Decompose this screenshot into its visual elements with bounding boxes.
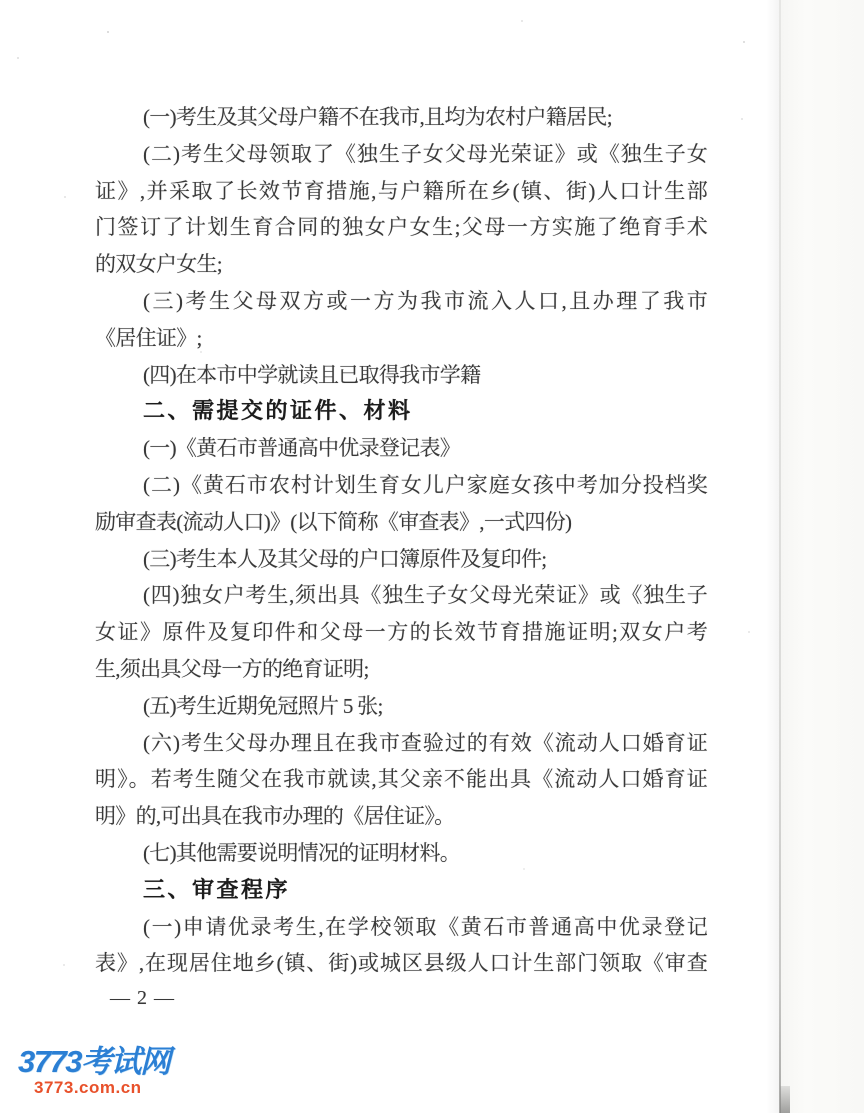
document-line: 《居住证》; bbox=[95, 320, 707, 357]
document-line: (四)独女户考生,须出具《独生子女父母光荣证》或《独生子 bbox=[95, 577, 707, 614]
document-line: 表》,在现居住地乡(镇、街)或城区县级人口计生部门领取《审查 bbox=[95, 945, 707, 982]
watermark-site-name: 3773考试网 bbox=[18, 1046, 248, 1077]
document-line: 明》。若考生随父在我市就读,其父亲不能出具《流动人口婚育证 bbox=[95, 761, 707, 798]
section-heading: 三、审查程序 bbox=[95, 872, 707, 909]
document-line: 的双女户女生; bbox=[95, 246, 707, 283]
document-line: (六)考生父母办理且在我市查验过的有效《流动人口婚育证 bbox=[95, 725, 707, 762]
watermark-site-url: 3773.com.cn bbox=[34, 1079, 248, 1096]
document-line: (二)考生父母领取了《独生子女父母光荣证》或《独生子女 bbox=[95, 136, 707, 173]
document-line: 女证》原件及复印件和父母一方的长效节育措施证明;双女户考 bbox=[95, 614, 707, 651]
document-line: 证》,并采取了长效节育措施,与户籍所在乡(镇、街)人口计生部 bbox=[95, 173, 707, 210]
document-line: 励审查表(流动人口)》(以下简称《审查表》,一式四份) bbox=[95, 504, 707, 541]
document-line: (五)考生近期免冠照片 5 张; bbox=[95, 688, 707, 725]
document-line: (三)考生父母双方或一方为我市流入人口,且办理了我市 bbox=[95, 283, 707, 320]
document-line: 生,须出具父母一方的绝育证明; bbox=[95, 651, 707, 688]
document-line: (一)申请优录考生,在学校领取《黄石市普通高中优录登记 bbox=[95, 909, 707, 946]
document-line: 明》的,可出具在我市办理的《居住证》。 bbox=[95, 798, 707, 835]
document-line: (一)考生及其父母户籍不在我市,且均为农村户籍居民; bbox=[95, 99, 707, 136]
scanner-margin bbox=[781, 0, 864, 1113]
document-line: (二)《黄石市农村计划生育女儿户家庭女孩中考加分投档奖 bbox=[95, 467, 707, 504]
page-edge-bottom-mark bbox=[780, 1086, 790, 1113]
page-edge-line bbox=[779, 0, 781, 1113]
document-line: (四)在本市中学就读且已取得我市学籍 bbox=[95, 357, 707, 394]
scanned-page: (一)考生及其父母户籍不在我市,且均为农村户籍居民;(二)考生父母领取了《独生子… bbox=[0, 0, 864, 1113]
page-edge-shadow bbox=[766, 0, 779, 1113]
page-number: — 2 — bbox=[110, 980, 175, 1017]
document-line: (三)考生本人及其父母的户口簿原件及复印件; bbox=[95, 541, 707, 578]
document-line: 门签订了计划生育合同的独女户女生;父母一方实施了绝育手术 bbox=[95, 209, 707, 246]
document-line: (七)其他需要说明情况的证明材料。 bbox=[95, 835, 707, 872]
document-lines: (一)考生及其父母户籍不在我市,且均为农村户籍居民;(二)考生父母领取了《独生子… bbox=[95, 99, 707, 982]
watermark: 3773考试网 3773.com.cn bbox=[18, 1046, 248, 1096]
document-line: (一)《黄石市普通高中优录登记表》 bbox=[95, 430, 707, 467]
scan-dust bbox=[0, 0, 2, 2]
section-heading: 二、需提交的证件、材料 bbox=[95, 393, 707, 430]
